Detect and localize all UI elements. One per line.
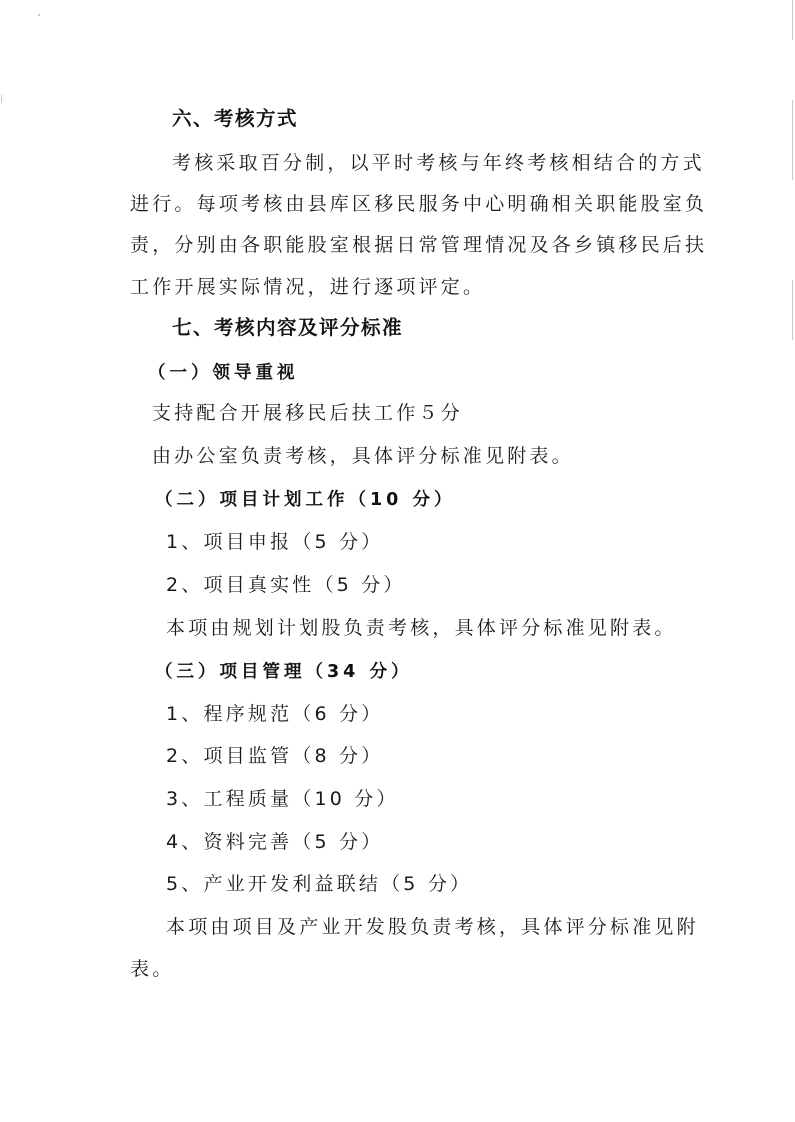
section-6-heading: 六、考核方式 (172, 107, 298, 131)
subsection-2-heading: （二）项目计划工作（10 分） (155, 488, 455, 512)
subsection-3-item: 5、产业开发利益联结（5 分） (166, 872, 472, 896)
paragraph-line: 责，分别由各职能股室根据日常管理情况及各乡镇移民后扶 (130, 233, 707, 257)
subsection-2-note: 本项由规划计划股负责考核，具体评分标准见附表。 (166, 616, 677, 640)
subsection-3-item: 2、项目监管（8 分） (166, 744, 383, 768)
scan-speck (1, 95, 2, 103)
subsection-3-note: 本项由项目及产业开发股负责考核，具体评分标准见附 (166, 915, 699, 939)
scan-speck (792, 100, 793, 180)
paragraph-line: 考核采取百分制，以平时考核与年终考核相结合的方式 (172, 151, 705, 175)
subsection-1-line: 支持配合开展移民后扶工作５分 (152, 401, 463, 425)
section-7-heading: 七、考核内容及评分标准 (172, 316, 403, 340)
subsection-3-item: 3、工程质量（10 分） (166, 787, 399, 811)
scan-speck (38, 14, 40, 16)
subsection-3-heading: （三）项目管理（34 分） (155, 660, 412, 684)
scan-speck (792, 280, 793, 340)
scan-speck (792, 0, 793, 40)
subsection-2-item: 1、项目申报（5 分） (166, 530, 383, 554)
subsection-3-item: 1、程序规范（6 分） (166, 702, 383, 726)
subsection-3-note: 表。 (130, 957, 174, 981)
subsection-1-heading: （一）领导重视 (148, 361, 299, 385)
subsection-2-item: 2、项目真实性（5 分） (166, 573, 406, 597)
subsection-3-item: 4、资料完善（5 分） (166, 830, 383, 854)
document-page: 六、考核方式 考核采取百分制，以平时考核与年终考核相结合的方式 进行。每项考核由… (0, 0, 795, 1122)
paragraph-line: 工作开展实际情况，进行逐项评定。 (130, 275, 485, 299)
subsection-1-line: 由办公室负责考核，具体评分标准见附表。 (152, 444, 574, 468)
paragraph-line: 进行。每项考核由县库区移民服务中心明确相关职能股室负 (130, 192, 707, 216)
